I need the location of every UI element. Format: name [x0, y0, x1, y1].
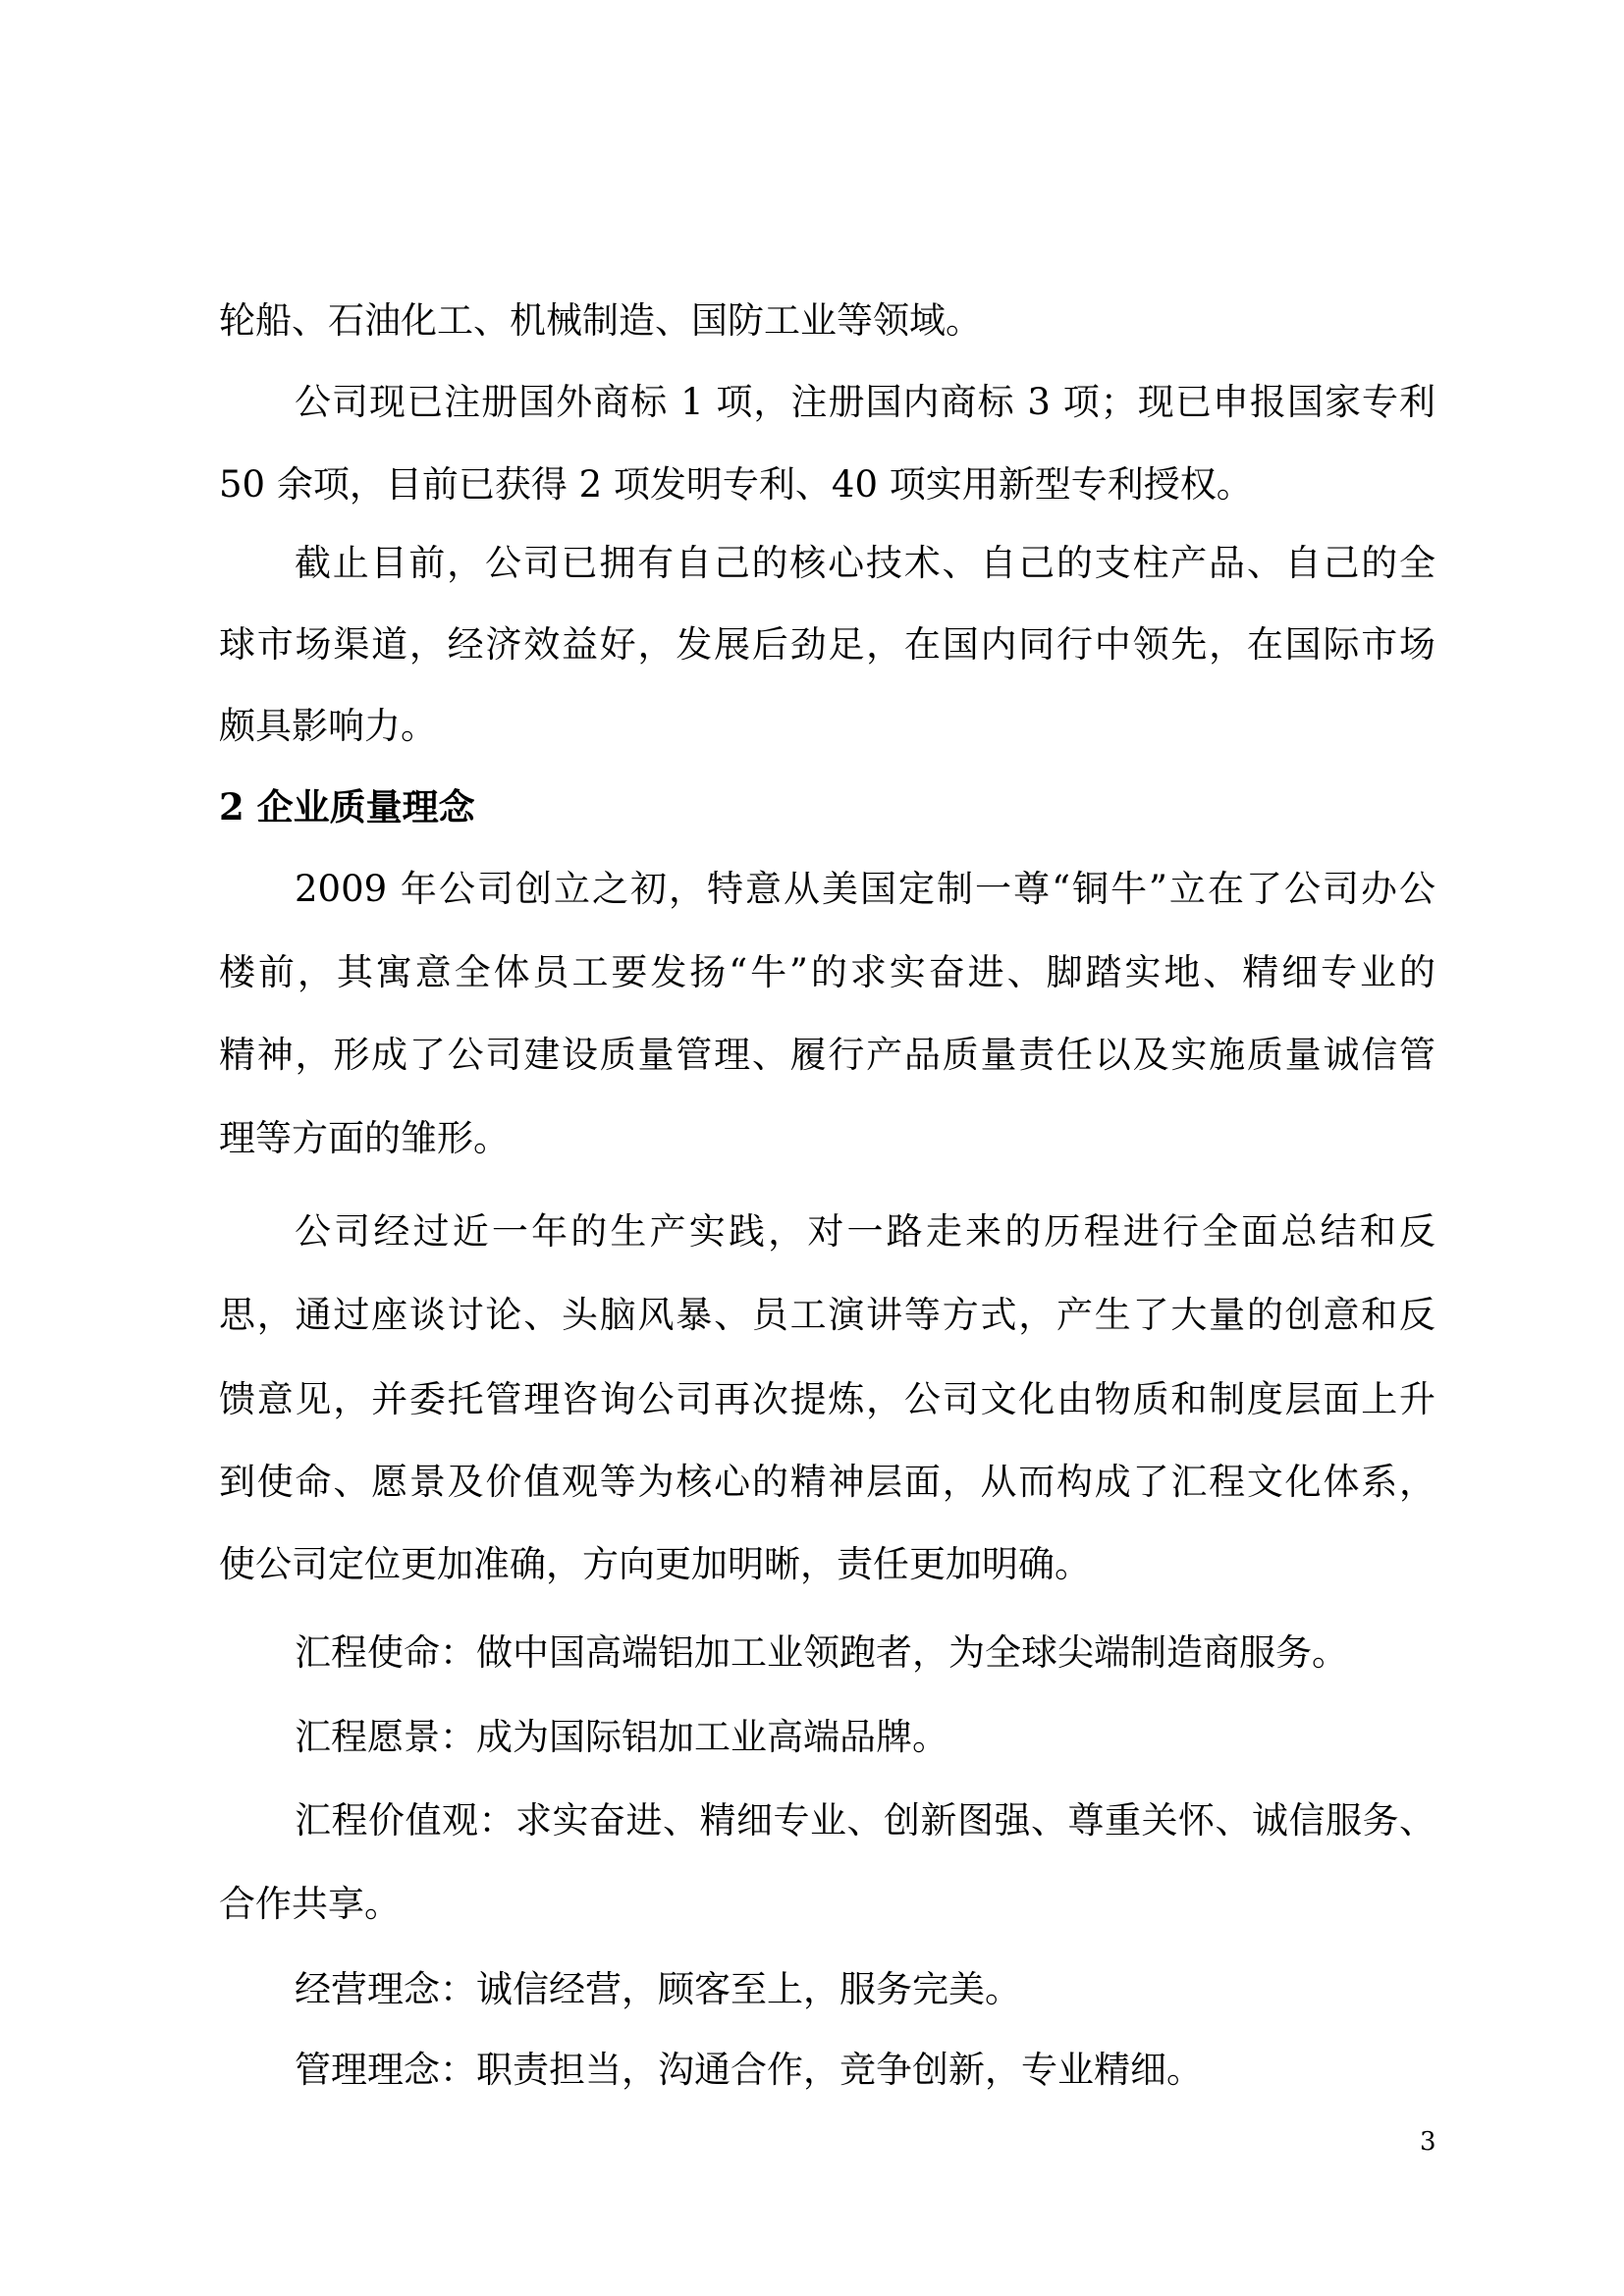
text-line: 2009 年公司创立之初，特意从美国定制一尊“铜牛”立在了公司办公 [295, 868, 1435, 911]
text-line: 楼前，其寓意全体员工要发扬“牛”的求实奋进、脚踏实地、精细专业的 [219, 951, 1435, 994]
text-line: 公司经过近一年的生产实践，对一路走来的历程进行全面总结和反 [295, 1210, 1435, 1254]
text-line: 汇程价值观：求实奋进、精细专业、创新图强、尊重关怀、诚信服务、 [295, 1799, 1435, 1842]
text-line: 管理理念：职责担当，沟通合作，竞争创新，专业精细。 [295, 2049, 1435, 2092]
text-line: 馈意见，并委托管理咨询公司再次提炼，公司文化由物质和制度层面上升 [219, 1378, 1435, 1421]
text-line: 轮船、石油化工、机械制造、国防工业等领域。 [219, 299, 1435, 343]
text-line: 汇程使命：做中国高端铝加工业领跑者，为全球尖端制造商服务。 [295, 1631, 1435, 1675]
text-line: 汇程愿景：成为国际铝加工业高端品牌。 [295, 1716, 1435, 1759]
text-line: 截止目前，公司已拥有自己的核心技术、自己的支柱产品、自己的全 [295, 542, 1435, 585]
text-line: 经营理念：诚信经营，顾客至上，服务完美。 [295, 1968, 1435, 2011]
text-line: 50 余项，目前已获得 2 项发明专利、40 项实用新型专利授权。 [219, 463, 1435, 507]
text-line: 使公司定位更加准确，方向更加明晰，责任更加明确。 [219, 1543, 1435, 1586]
document-page: 轮船、石油化工、机械制造、国防工业等领域。公司现已注册国外商标 1 项，注册国内… [0, 0, 1624, 2296]
text-line: 公司现已注册国外商标 1 项，注册国内商标 3 项；现已申报国家专利 [295, 381, 1435, 424]
text-line: 合作共享。 [219, 1883, 1435, 1926]
text-line: 理等方面的雏形。 [219, 1117, 1435, 1160]
text-line: 颇具影响力。 [219, 705, 1435, 748]
text-line: 到使命、愿景及价值观等为核心的精神层面，从而构成了汇程文化体系， [219, 1461, 1435, 1504]
text-line: 思，通过座谈讨论、头脑风暴、员工演讲等方式，产生了大量的创意和反 [219, 1294, 1435, 1337]
text-line: 精神，形成了公司建设质量管理、履行产品质量责任以及实施质量诚信管 [219, 1034, 1435, 1077]
text-line: 球市场渠道，经济效益好，发展后劲足，在国内同行中领先，在国际市场 [219, 623, 1435, 667]
section-heading: 2 企业质量理念 [219, 785, 1435, 828]
page-number: 3 [1420, 2126, 1436, 2158]
